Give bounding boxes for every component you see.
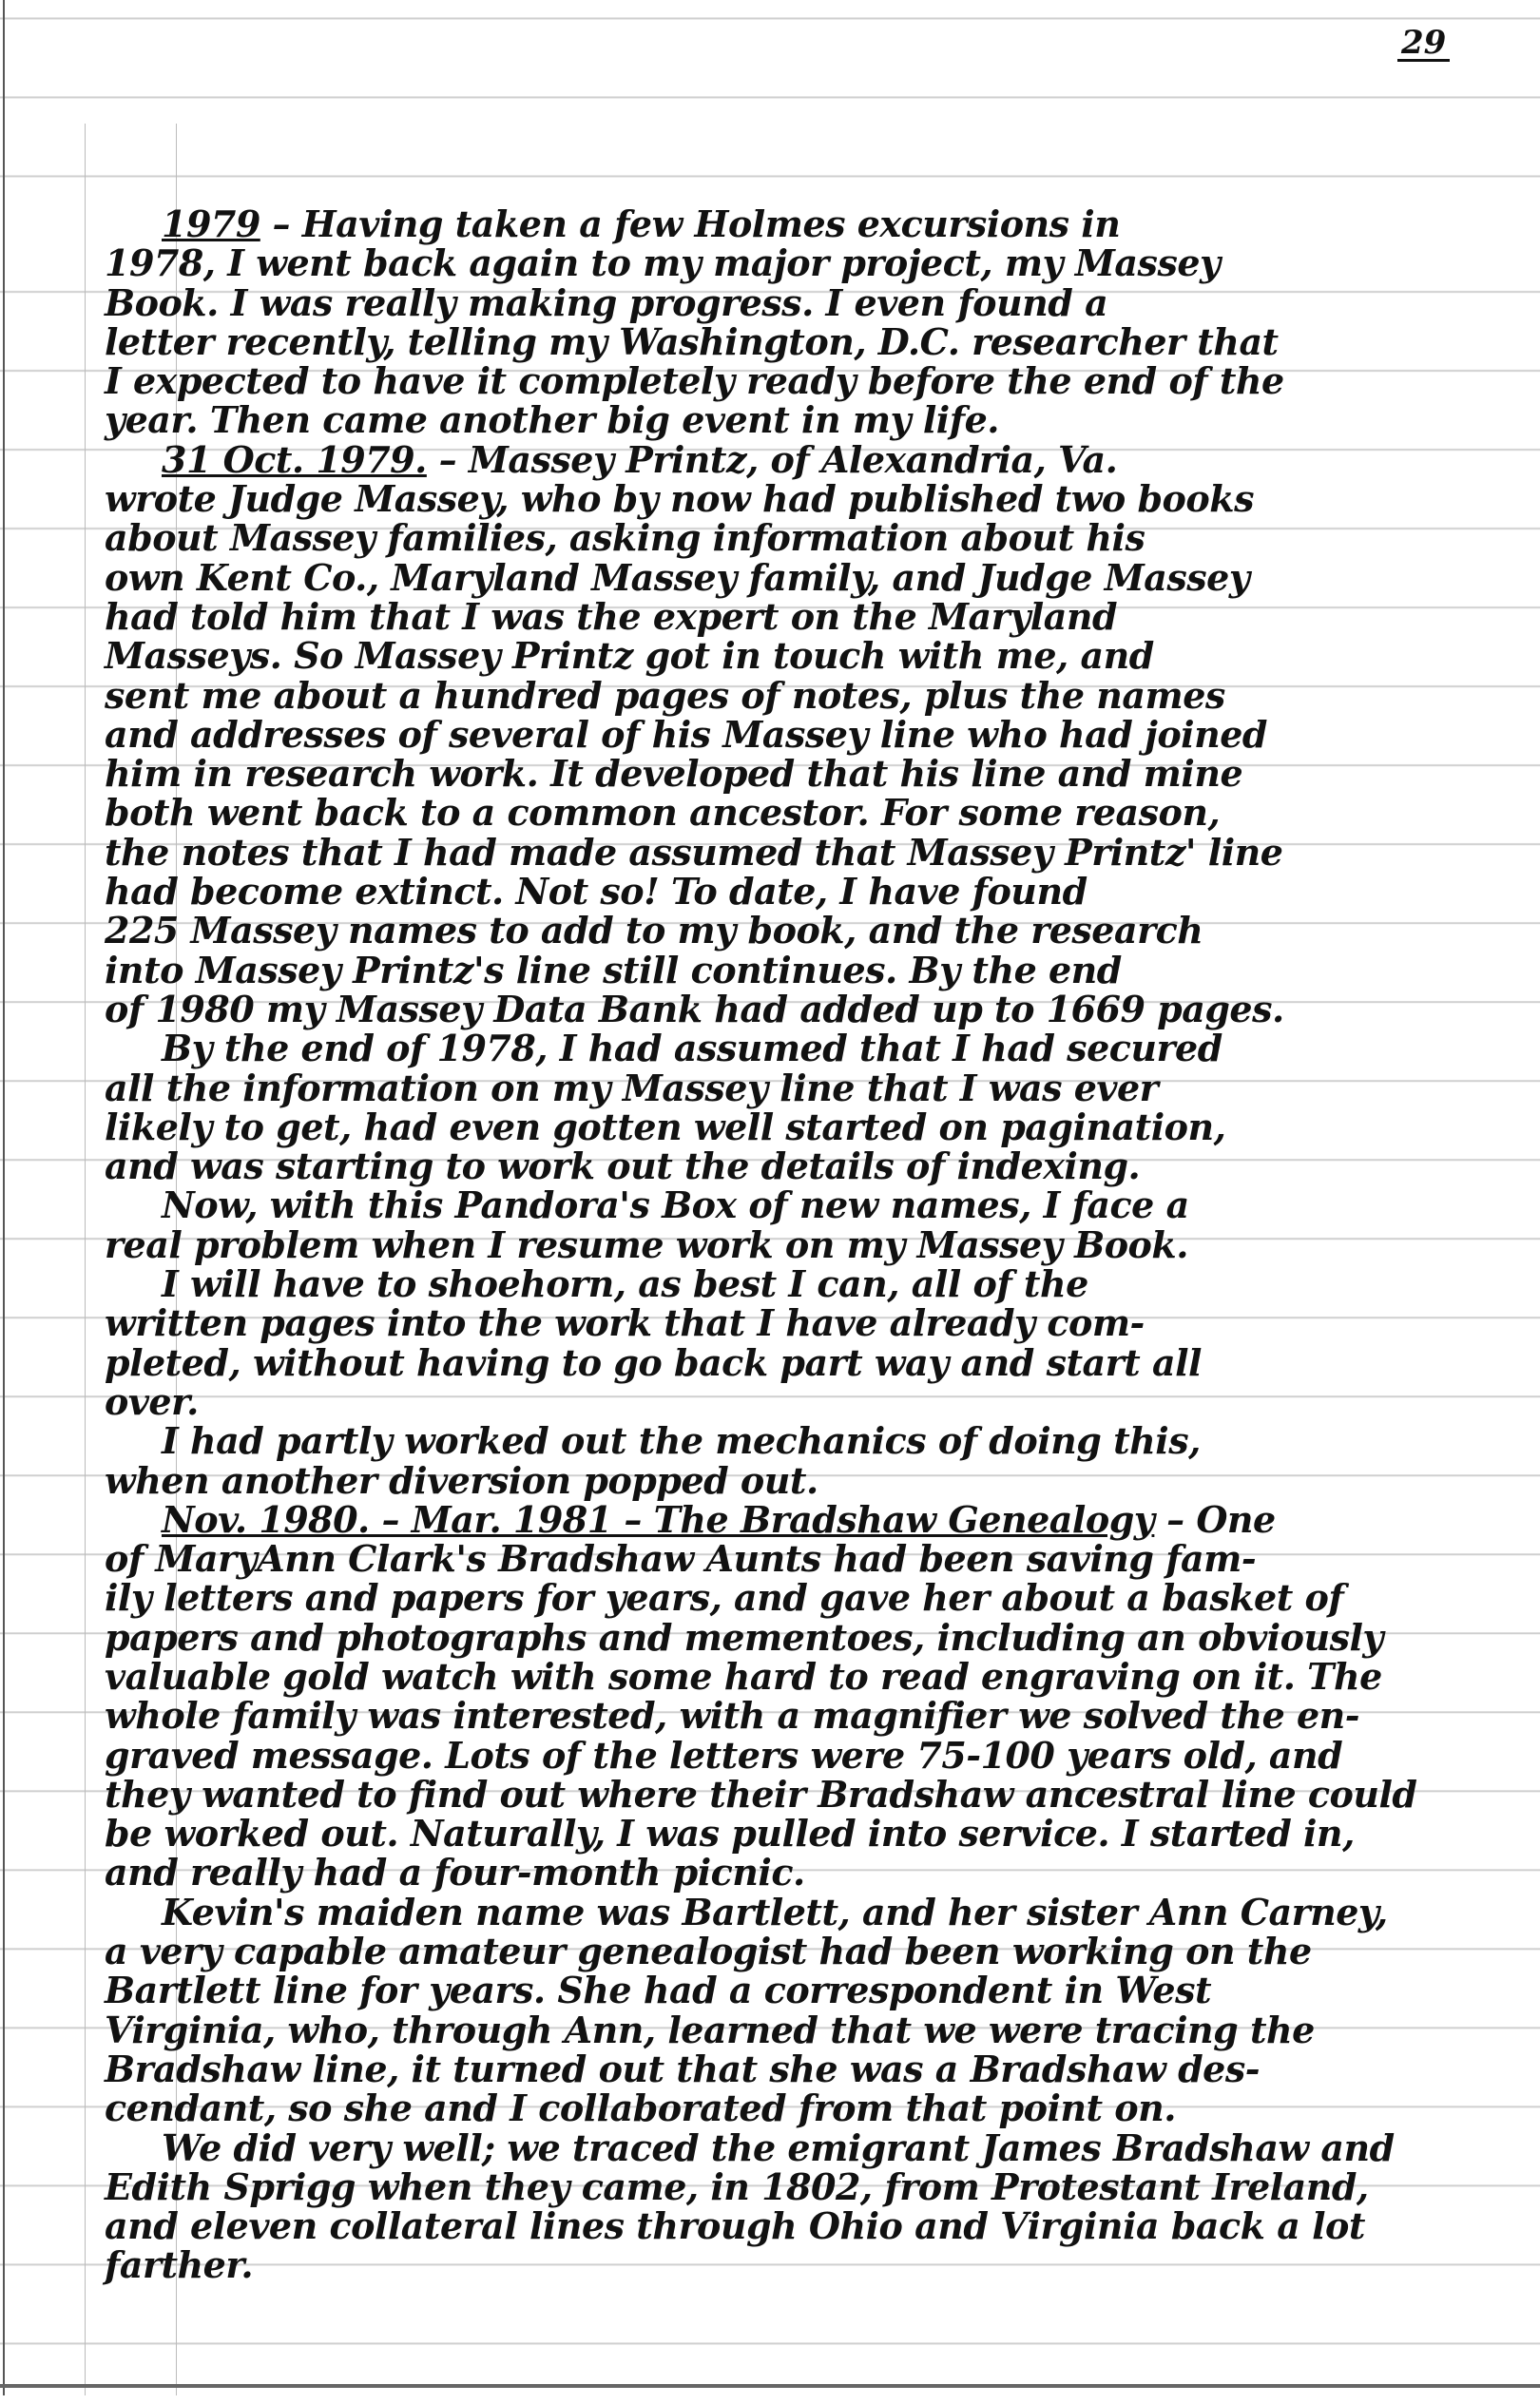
text-line: Bartlett line for years. She had a corre…	[105, 1971, 1502, 2010]
section-heading: Nov. 1980. – Mar. 1981 – The Bradshaw Ge…	[162, 1498, 1154, 1541]
notebook-page: 29 1979 – Having taken a few Holmes excu…	[0, 0, 1540, 2404]
page-edge	[3, 0, 5, 2395]
text-line: be worked out. Naturally, I was pulled i…	[105, 1814, 1502, 1853]
text-line: and was starting to work out the details…	[105, 1146, 1502, 1185]
text-line: Bradshaw line, it turned out that she wa…	[105, 2049, 1502, 2088]
text-line: year. Then came another big event in my …	[105, 400, 1502, 439]
text-line: real problem when I resume work on my Ma…	[105, 1225, 1502, 1264]
text-line: letter recently, telling my Washington, …	[105, 322, 1502, 361]
text-line: I expected to have it completely ready b…	[105, 361, 1502, 400]
text-line: 225 Massey names to add to my book, and …	[105, 911, 1502, 950]
text-line: We did very well; we traced the emigrant…	[105, 2128, 1502, 2167]
text-line: By the end of 1978, I had assumed that I…	[105, 1029, 1502, 1067]
text-line: when another diversion popped out.	[105, 1461, 1502, 1500]
text-line: had told him that I was the expert on th…	[105, 597, 1502, 636]
text-line: of MaryAnn Clark's Bradshaw Aunts had be…	[105, 1539, 1502, 1578]
text-line: a very capable amateur genealogist had b…	[105, 1932, 1502, 1971]
text-line: of 1980 my Massey Data Bank had added up…	[105, 990, 1502, 1029]
text-line: him in research work. It developed that …	[105, 754, 1502, 793]
section-heading: 1979	[162, 202, 260, 245]
text-line: farther.	[105, 2245, 1502, 2284]
text-line: into Massey Printz's line still continue…	[105, 951, 1502, 990]
text-line: Virginia, who, through Ann, learned that…	[105, 2010, 1502, 2049]
text-line: pleted, without having to go back part w…	[105, 1343, 1502, 1382]
section-heading: 31 Oct. 1979.	[162, 438, 427, 481]
text-line: Nov. 1980. – Mar. 1981 – The Bradshaw Ge…	[105, 1500, 1502, 1539]
text-line: whole family was interested, with a magn…	[105, 1696, 1502, 1735]
text-line: likely to get, had even gotten well star…	[105, 1107, 1502, 1146]
text-line: about Massey families, asking informatio…	[105, 518, 1502, 557]
text-line: 31 Oct. 1979. – Massey Printz, of Alexan…	[105, 440, 1502, 479]
text-line: over.	[105, 1382, 1502, 1421]
text-line: both went back to a common ancestor. For…	[105, 793, 1502, 832]
text-line: Now, with this Pandora's Box of new name…	[105, 1185, 1502, 1224]
text-line: the notes that I had made assumed that M…	[105, 833, 1502, 872]
text-line: wrote Judge Massey, who by now had publi…	[105, 479, 1502, 518]
text-line: papers and photographs and mementoes, in…	[105, 1618, 1502, 1657]
page-bottom-edge	[0, 2384, 1540, 2388]
text-line: they wanted to find out where their Brad…	[105, 1775, 1502, 1814]
text-line: written pages into the work that I have …	[105, 1303, 1502, 1342]
text-line: valuable gold watch with some hard to re…	[105, 1657, 1502, 1696]
text-line: cendant, so she and I collaborated from …	[105, 2088, 1502, 2127]
text-line: Masseys. So Massey Printz got in touch w…	[105, 636, 1502, 675]
page-number: 29	[1397, 27, 1450, 62]
text-line: all the information on my Massey line th…	[105, 1068, 1502, 1107]
text-line: and addresses of several of his Massey l…	[105, 715, 1502, 754]
margin-line	[85, 124, 86, 2395]
text-line: I will have to shoehorn, as best I can, …	[105, 1264, 1502, 1303]
text-line: Edith Sprigg when they came, in 1802, fr…	[105, 2167, 1502, 2206]
text-line: graved message. Lots of the letters were…	[105, 1736, 1502, 1775]
text-line: Kevin's maiden name was Bartlett, and he…	[105, 1893, 1502, 1932]
text-line: and eleven collateral lines through Ohio…	[105, 2206, 1502, 2245]
text-line: 1978, I went back again to my major proj…	[105, 243, 1502, 282]
text-line: had become extinct. Not so! To date, I h…	[105, 872, 1502, 911]
text-line: own Kent Co., Maryland Massey family, an…	[105, 558, 1502, 597]
text-line: 1979 – Having taken a few Holmes excursi…	[105, 204, 1502, 243]
text-line: sent me about a hundred pages of notes, …	[105, 676, 1502, 715]
text-line: and really had a four-month picnic.	[105, 1853, 1502, 1892]
text-line: I had partly worked out the mechanics of…	[105, 1421, 1502, 1460]
handwritten-text: 1979 – Having taken a few Holmes excursi…	[105, 204, 1502, 2285]
text-line: ily letters and papers for years, and ga…	[105, 1578, 1502, 1617]
text-line: Book. I was really making progress. I ev…	[105, 283, 1502, 322]
